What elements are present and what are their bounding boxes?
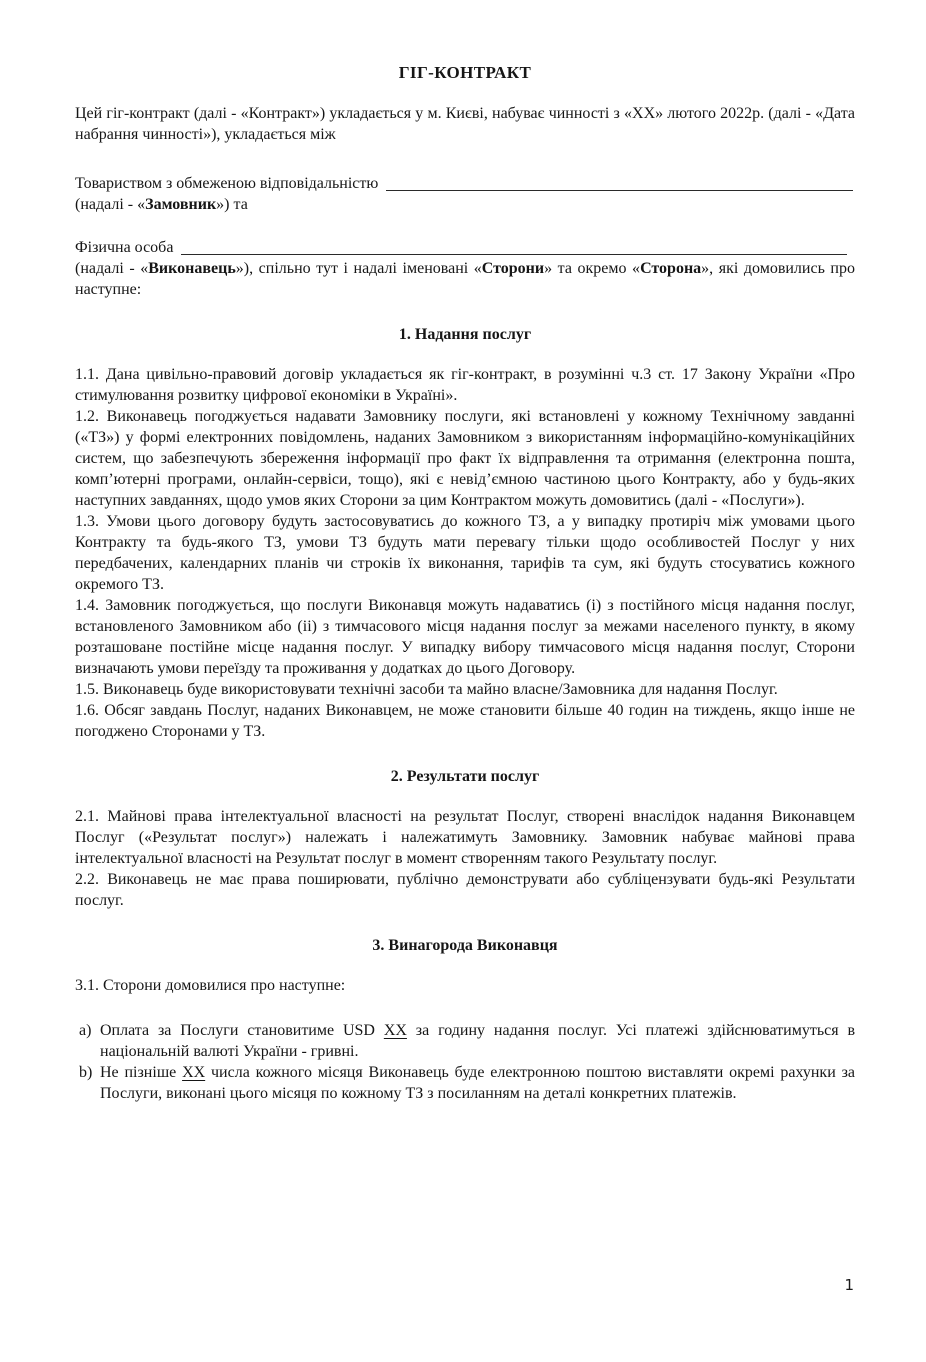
contract-page: ГІГ-КОНТРАКТ Цей гіг-контракт (далі - «К… [0, 0, 926, 1362]
list-marker-a: a) [75, 1020, 100, 1062]
party1-alias-pre: (надалі - « [75, 196, 145, 213]
section-3-heading: 3. Винагорода Виконавця [75, 935, 855, 956]
document-title: ГІГ-КОНТРАКТ [75, 62, 855, 83]
clause-1-3: 1.3. Умови цього договору будуть застосо… [75, 511, 855, 595]
list-item-a-pre: Оплата за Послуги становитиме USD [100, 1022, 384, 1039]
party1-alias-line: (надалі - «Замовник») та [75, 194, 855, 215]
party1-alias-post: ») та [216, 196, 248, 213]
party2-name-blank-line [181, 253, 847, 255]
term-storony: Сторони [482, 260, 544, 277]
list-marker-b: b) [75, 1062, 100, 1104]
list-item-b-text: Не пізніше XX числа кожного місяця Викон… [100, 1062, 855, 1104]
section-1-heading: 1. Надання послуг [75, 324, 855, 345]
list-item-a-text: Оплата за Послуги становитиме USD XX за … [100, 1020, 855, 1062]
list-item-a: a) Оплата за Послуги становитиме USD XX … [75, 1020, 855, 1062]
list-item-b-placeholder: XX [182, 1064, 205, 1081]
clause-2-1: 2.1. Майнові права інтелектуальної власн… [75, 806, 855, 869]
payment-terms-list: a) Оплата за Послуги становитиме USD XX … [75, 1020, 855, 1104]
section-3-clauses: 3.1. Сторони домовилися про наступне: [75, 975, 855, 996]
page-number: 1 [844, 1275, 854, 1296]
section-2-heading: 2. Результати послуг [75, 766, 855, 787]
clause-3-1: 3.1. Сторони домовилися про наступне: [75, 975, 855, 996]
party2-alias-mid2: » та окремо « [544, 260, 640, 277]
party1-block: Товариством з обмеженою відповідальністю… [75, 173, 855, 215]
clause-1-1: 1.1. Дана цивільно-правовий договір укла… [75, 364, 855, 406]
clause-1-2: 1.2. Виконавець погоджується надавати За… [75, 406, 855, 511]
list-item-b: b) Не пізніше XX числа кожного місяця Ви… [75, 1062, 855, 1104]
party2-name-label: Фізична особа [75, 237, 173, 258]
list-item-b-post: числа кожного місяця Виконавець буде еле… [100, 1064, 855, 1102]
party2-alias-line: (надалі - «Виконавець»), спільно тут і н… [75, 258, 855, 300]
party1-name-label: Товариством з обмеженою відповідальністю [75, 173, 378, 194]
list-item-b-pre: Не пізніше [100, 1064, 182, 1081]
list-item-a-placeholder: XX [384, 1022, 407, 1039]
term-storona: Сторона [640, 260, 701, 277]
party2-alias-pre: (надалі - « [75, 260, 148, 277]
clause-1-4: 1.4. Замовник погоджується, що послуги В… [75, 595, 855, 679]
party1-name-blank-line [386, 189, 853, 191]
preamble-paragraph: Цей гіг-контракт (далі - «Контракт») укл… [75, 103, 855, 145]
party2-alias-mid1: »), спільно тут і надалі іменовані « [236, 260, 482, 277]
section-2-clauses: 2.1. Майнові права інтелектуальної власн… [75, 806, 855, 911]
clause-2-2: 2.2. Виконавець не має права поширювати,… [75, 869, 855, 911]
section-1-clauses: 1.1. Дана цивільно-правовий договір укла… [75, 364, 855, 742]
party1-name-row: Товариством з обмеженою відповідальністю [75, 173, 855, 194]
party2-block: Фізична особа (надалі - «Виконавець»), с… [75, 237, 855, 300]
clause-1-5: 1.5. Виконавець буде використовувати тех… [75, 679, 855, 700]
clause-1-6: 1.6. Обсяг завдань Послуг, наданих Викон… [75, 700, 855, 742]
party2-name-row: Фізична особа [75, 237, 855, 258]
term-vykonavets: Виконавець [148, 260, 236, 277]
term-zamovnyk: Замовник [145, 196, 216, 213]
